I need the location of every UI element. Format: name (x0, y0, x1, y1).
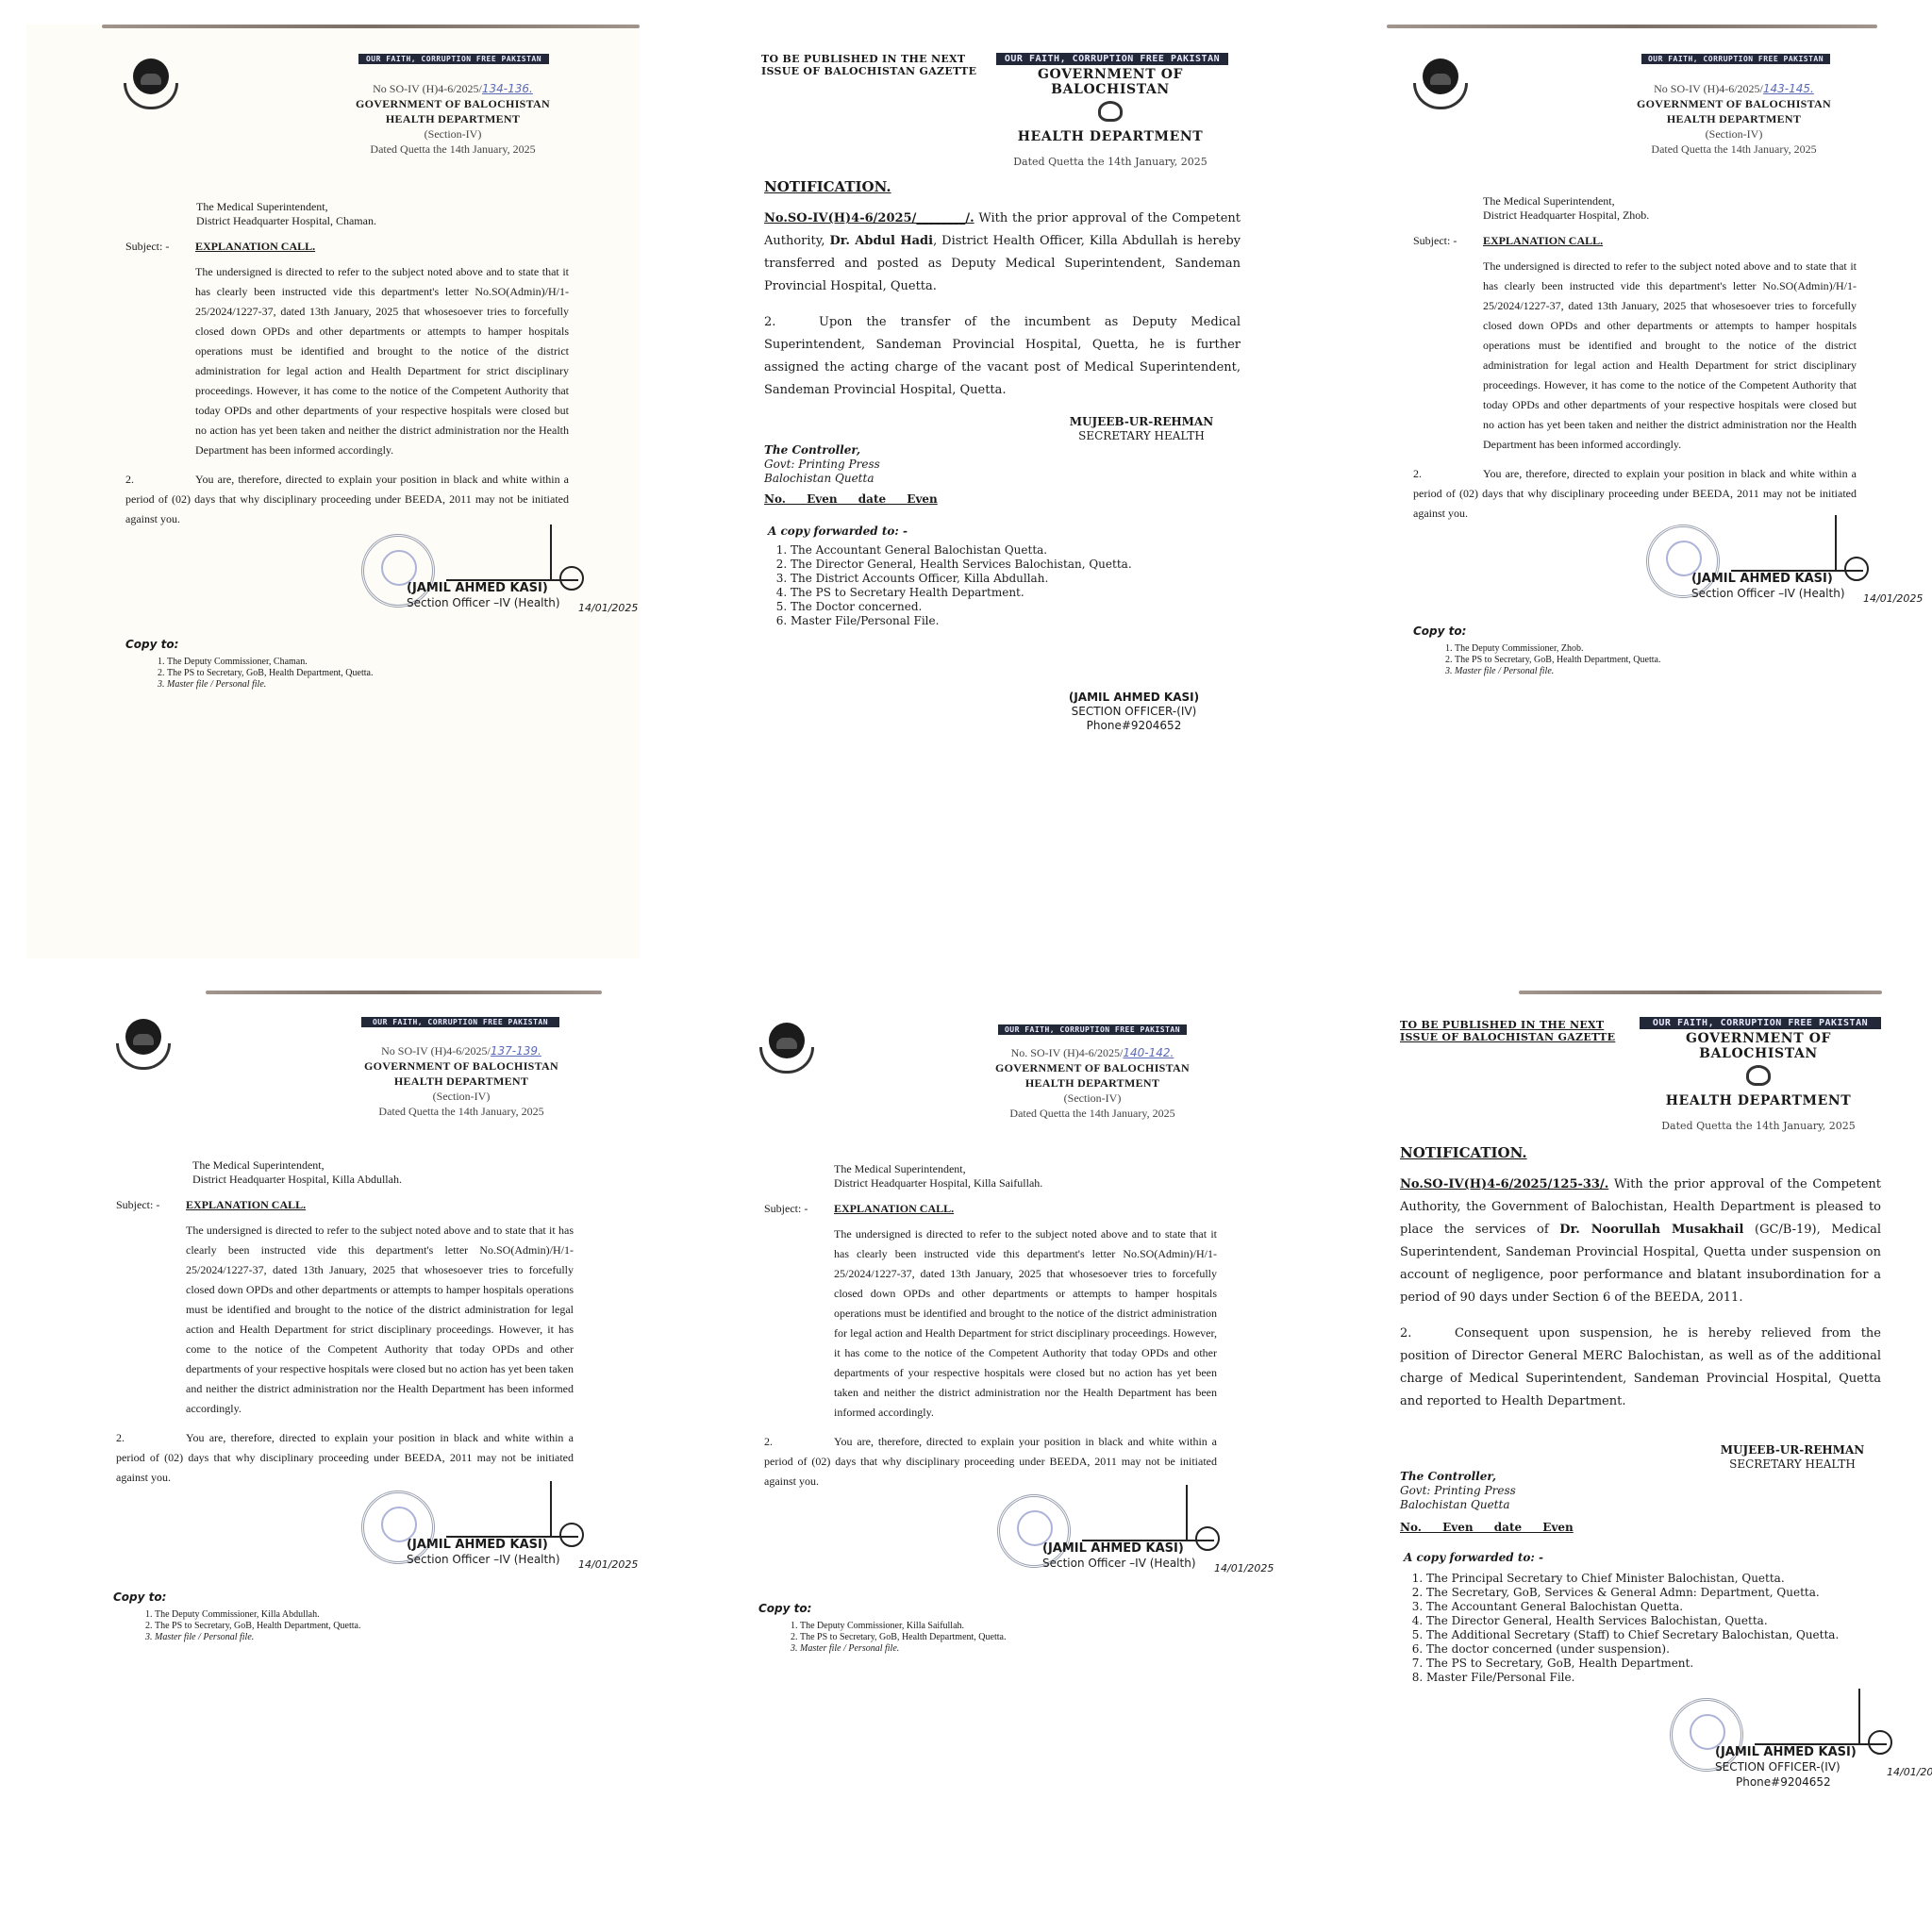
department-title: HEALTH DEPARTMENT (975, 1075, 1209, 1091)
controller-line-3: Balochistan Quetta (764, 472, 880, 486)
forwarded-item: The Principal Secretary to Chief Ministe… (1426, 1572, 1839, 1586)
slogan-banner: OUR FAITH, CORRUPTION FREE PAKISTAN (996, 53, 1228, 65)
secretary-signature: MUJEEB-UR-REHMAN SECRETARY HEALTH (1057, 415, 1226, 443)
forwarded-item: The District Accounts Officer, Killa Abd… (791, 572, 1132, 586)
page-edge (102, 25, 640, 28)
gazette-line-2: ISSUE OF BALOCHISTAN GAZETTE (761, 65, 976, 77)
letter-explanation-call-zhob: OUR FAITH, CORRUPTION FREE PAKISTAN No S… (1311, 25, 1915, 958)
forwarded-item: The Accountant General Balochistan Quett… (791, 543, 1132, 558)
addressee-title: The Medical Superintendent, (192, 1158, 402, 1173)
subject-label: Subject: - (1413, 234, 1483, 248)
letter-explanation-call-killa-abdullah: OUR FAITH, CORRUPTION FREE PAKISTAN No S… (26, 991, 640, 1915)
letter-body: The undersigned is directed to refer to … (1413, 257, 1857, 533)
copy-to-item: The PS to Secretary, GoB, Health Departm… (800, 1632, 1006, 1643)
slogan-banner: OUR FAITH, CORRUPTION FREE PAKISTAN (358, 54, 549, 64)
copy-to-item: The Deputy Commissioner, Killa Abdullah. (155, 1609, 360, 1621)
signatory-designation: Section Officer –IV (Health) (1691, 587, 1845, 600)
para-2-text: Consequent upon suspension, he is hereby… (1400, 1326, 1881, 1408)
forwarded-item: The PS to Secretary Health Department. (791, 586, 1132, 600)
section-label: (Section-IV) (1611, 126, 1857, 142)
page-edge (1519, 991, 1882, 994)
signatory-name: (JAMIL AHMED KASI) (407, 581, 548, 595)
forwarded-item: Master File/Personal File. (791, 614, 1132, 628)
letter-body: The undersigned is directed to refer to … (116, 1221, 574, 1497)
forwarded-item: The Additional Secretary (Staff) to Chie… (1426, 1628, 1839, 1642)
signature-mark (550, 525, 552, 581)
copy-to-item: The Deputy Commissioner, Zhob. (1455, 643, 1660, 655)
notification-number: No.SO-IV(H)4-6/2025/125-33/. (1400, 1177, 1608, 1191)
initials-icon (1844, 557, 1869, 581)
department-title: HEALTH DEPARTMENT (1630, 1093, 1887, 1108)
copy-to-item: Master file / Personal file. (167, 679, 373, 691)
signature-mark (1835, 515, 1837, 572)
letter-explanation-call-killa-saifullah: OUR FAITH, CORRUPTION FREE PAKISTAN No. … (672, 991, 1275, 1915)
controller-address: The Controller, Govt: Printing Press Bal… (1400, 1470, 1516, 1512)
signatory-designation: Section Officer –IV (Health) (407, 596, 560, 609)
controller-title: The Controller, (764, 443, 880, 458)
signatory-phone: Phone#9204652 (1040, 719, 1228, 733)
notification-title: NOTIFICATION. (1400, 1141, 1881, 1164)
para-2-text: Upon the transfer of the incumbent as De… (764, 315, 1241, 397)
body-paragraph-1: The undersigned is directed to refer to … (1413, 257, 1857, 455)
subject-value: EXPLANATION CALL. (195, 240, 315, 253)
signatory-name: (JAMIL AHMED KASI) (407, 1538, 548, 1552)
controller-line-2: Govt: Printing Press (1400, 1484, 1516, 1498)
department-title: HEALTH DEPARTMENT (1611, 111, 1857, 126)
subject-line: Subject: -EXPLANATION CALL. (116, 1198, 306, 1212)
letter-explanation-call-chaman: OUR FAITH, CORRUPTION FREE PAKISTAN No S… (26, 25, 640, 958)
even-date-line: No. Even date Even (764, 492, 938, 506)
notification-header: GOVERNMENT OF BALOCHISTAN HEALTH DEPARTM… (1630, 1031, 1887, 1132)
handwritten-reference: 143-145. (1763, 82, 1814, 95)
secretary-title: SECRETARY HEALTH (1707, 1457, 1877, 1472)
initials-icon (1195, 1526, 1220, 1551)
government-title: GOVERNMENT OF BALOCHISTAN (338, 1058, 585, 1074)
signature-block: (JAMIL AHMED KASI) Section Officer –IV (… (361, 1481, 635, 1585)
balochistan-emblem-icon (1098, 101, 1123, 122)
balochistan-emblem-icon (116, 1019, 171, 1072)
officer-name: Dr. Abdul Hadi (830, 234, 934, 248)
addressee-hospital: District Headquarter Hospital, Zhob. (1483, 208, 1649, 223)
letter-header: No. SO-IV (H)4-6/2025/140-142. GOVERNMEN… (975, 1045, 1209, 1121)
copy-to-list: The Deputy Commissioner, Chaman. The PS … (142, 657, 373, 691)
signature-mark (1858, 1689, 1860, 1745)
copy-to-label: Copy to: (125, 638, 178, 651)
addressee: The Medical Superintendent, District Hea… (192, 1158, 402, 1187)
subject-label: Subject: - (116, 1198, 186, 1212)
signatory-designation: Section Officer –IV (Health) (1042, 1557, 1196, 1570)
gazette-line-1: TO BE PUBLISHED IN THE NEXT (1400, 1019, 1615, 1031)
department-title: HEALTH DEPARTMENT (987, 129, 1234, 144)
letter-body: The undersigned is directed to refer to … (125, 262, 569, 539)
signatory-designation: SECTION OFFICER-(IV) (1040, 705, 1228, 719)
signature-mark (1186, 1485, 1188, 1541)
government-title: GOVERNMENT OF BALOCHISTAN (1630, 1031, 1887, 1061)
copy-to-item: Master file / Personal file. (1455, 666, 1660, 677)
signature-date: 14/01/2025 (578, 1558, 638, 1571)
notification-title: NOTIFICATION. (764, 175, 1241, 198)
copy-forwarded-label: A copy forwarded to: - (768, 525, 908, 538)
dated-line: Dated Quetta the 14th January, 2025 (338, 1104, 585, 1119)
signature-date: 14/01/2025 (1887, 1766, 1932, 1778)
notification-number: No.SO-IV(H)4-6/2025/________/. (764, 211, 974, 225)
paragraph-number: 2. (764, 1432, 834, 1452)
dated-line: Dated Quetta the 14th January, 2025 (975, 1106, 1209, 1121)
forwarded-item: The Accountant General Balochistan Quett… (1426, 1600, 1839, 1614)
signature-date: 14/01/2025 (1214, 1562, 1274, 1574)
notification-header: GOVERNMENT OF BALOCHISTAN HEALTH DEPARTM… (987, 67, 1234, 168)
addressee-title: The Medical Superintendent, (1483, 194, 1649, 208)
initials-icon (559, 1523, 584, 1547)
letter-header: No SO-IV (H)4-6/2025/137-139. GOVERNMENT… (338, 1043, 585, 1119)
initials-icon (559, 566, 584, 591)
department-title: HEALTH DEPARTMENT (338, 1074, 585, 1089)
notification-transfer-abdul-hadi: TO BE PUBLISHED IN THE NEXT ISSUE OF BAL… (672, 25, 1275, 958)
secretary-name: MUJEEB-UR-REHMAN (1057, 415, 1226, 429)
signatory-designation: Section Officer –IV (Health) (407, 1553, 560, 1566)
copy-to-label: Copy to: (758, 1602, 811, 1615)
body-paragraph-1: The undersigned is directed to refer to … (764, 1224, 1217, 1423)
signature-block: (JAMIL AHMED KASI) Section Officer –IV (… (997, 1485, 1271, 1589)
paragraph-number: 2. (1400, 1323, 1455, 1345)
paragraph-number: 2. (764, 311, 819, 334)
notification-suspension-noorullah-musakhail: TO BE PUBLISHED IN THE NEXT ISSUE OF BAL… (1311, 991, 1920, 1915)
body-paragraph-1: The undersigned is directed to refer to … (116, 1221, 574, 1419)
forwarded-item: Master File/Personal File. (1426, 1671, 1839, 1685)
controller-address: The Controller, Govt: Printing Press Bal… (764, 443, 880, 486)
reference-number: No SO-IV (H)4-6/2025/ (1654, 82, 1763, 95)
handwritten-reference: 140-142. (1123, 1046, 1174, 1059)
reference-number: No SO-IV (H)4-6/2025/ (381, 1044, 491, 1058)
copy-forwarded-list: The Principal Secretary to Chief Ministe… (1400, 1572, 1839, 1685)
addressee: The Medical Superintendent, District Hea… (1483, 194, 1649, 223)
addressee-hospital: District Headquarter Hospital, Chaman. (196, 214, 376, 228)
signature-date: 14/01/2025 (578, 602, 638, 614)
signature-block: (JAMIL AHMED KASI) Section Officer –IV (… (361, 525, 635, 628)
subject-line: Subject: -EXPLANATION CALL. (125, 240, 315, 254)
government-title: GOVERNMENT OF BALOCHISTAN (330, 96, 575, 111)
signature-block: (JAMIL AHMED KASI) SECTION OFFICER-(IV) … (1670, 1689, 1932, 1792)
copy-to-item: The PS to Secretary, GoB, Health Departm… (1455, 655, 1660, 666)
department-title: HEALTH DEPARTMENT (330, 111, 575, 126)
section-label: (Section-IV) (330, 126, 575, 142)
forwarded-item: The Director General, Health Services Ba… (791, 558, 1132, 572)
handwritten-reference: 134-136. (482, 82, 533, 95)
slogan-banner: OUR FAITH, CORRUPTION FREE PAKISTAN (1640, 1017, 1881, 1029)
signatory-name: (JAMIL AHMED KASI) (1691, 572, 1833, 586)
body-paragraph-1: The undersigned is directed to refer to … (125, 262, 569, 460)
dated-line: Dated Quetta the 14th January, 2025 (330, 142, 575, 157)
controller-title: The Controller, (1400, 1470, 1516, 1484)
letter-header: No SO-IV (H)4-6/2025/134-136. GOVERNMENT… (330, 81, 575, 157)
signature-block: (JAMIL AHMED KASI) Section Officer –IV (… (1646, 515, 1920, 619)
copy-forwarded-list: The Accountant General Balochistan Quett… (764, 543, 1132, 628)
page-edge (206, 991, 602, 994)
slogan-banner: OUR FAITH, CORRUPTION FREE PAKISTAN (1641, 54, 1830, 64)
copy-forwarded-label: A copy forwarded to: - (1404, 1551, 1543, 1564)
copy-to-item: The Deputy Commissioner, Killa Saifullah… (800, 1621, 1006, 1632)
forwarded-item: The doctor concerned (under suspension). (1426, 1642, 1839, 1657)
copy-to-list: The Deputy Commissioner, Killa Abdullah.… (130, 1609, 360, 1643)
secretary-name: MUJEEB-UR-REHMAN (1707, 1443, 1877, 1457)
signature-date: 14/01/2025 (1863, 592, 1923, 605)
signatory-name: (JAMIL AHMED KASI) (1040, 691, 1228, 705)
subject-label: Subject: - (764, 1202, 834, 1216)
addressee-title: The Medical Superintendent, (834, 1162, 1042, 1176)
paragraph-number: 2. (116, 1428, 186, 1448)
letter-header: No SO-IV (H)4-6/2025/143-145. GOVERNMENT… (1611, 81, 1857, 157)
signature-mark (550, 1481, 552, 1538)
signatory-name: (JAMIL AHMED KASI) (1042, 1541, 1184, 1556)
signatory-name: (JAMIL AHMED KASI) (1715, 1745, 1857, 1759)
notification-body: NOTIFICATION. No.SO-IV(H)4-6/2025/______… (764, 175, 1241, 415)
addressee-hospital: District Headquarter Hospital, Killa Abd… (192, 1173, 402, 1187)
gazette-notice: TO BE PUBLISHED IN THE NEXT ISSUE OF BAL… (761, 53, 976, 77)
dated-line: Dated Quetta the 14th January, 2025 (1630, 1120, 1887, 1132)
balochistan-emblem-icon (759, 1023, 814, 1075)
even-date-line: No. Even date Even (1400, 1521, 1574, 1534)
copy-to-list: The Deputy Commissioner, Killa Saifullah… (775, 1621, 1006, 1655)
page-edge (1387, 25, 1877, 28)
balochistan-emblem-icon (1746, 1065, 1771, 1086)
section-officer-signature: (JAMIL AHMED KASI) SECTION OFFICER-(IV) … (1040, 691, 1228, 733)
slogan-banner: OUR FAITH, CORRUPTION FREE PAKISTAN (998, 1024, 1187, 1035)
reference-number: No. SO-IV (H)4-6/2025/ (1011, 1046, 1124, 1059)
slogan-banner: OUR FAITH, CORRUPTION FREE PAKISTAN (361, 1017, 559, 1027)
secretary-signature: MUJEEB-UR-REHMAN SECRETARY HEALTH (1707, 1443, 1877, 1472)
government-title: GOVERNMENT OF BALOCHISTAN (975, 1060, 1209, 1075)
signatory-phone: Phone#9204652 (1736, 1775, 1831, 1789)
controller-line-2: Govt: Printing Press (764, 458, 880, 472)
gazette-line-1: TO BE PUBLISHED IN THE NEXT (761, 53, 976, 65)
copy-to-item: The PS to Secretary, GoB, Health Departm… (167, 668, 373, 679)
subject-label: Subject: - (125, 240, 195, 254)
subject-line: Subject: -EXPLANATION CALL. (764, 1202, 954, 1216)
dated-line: Dated Quetta the 14th January, 2025 (1611, 142, 1857, 157)
section-label: (Section-IV) (338, 1089, 585, 1104)
balochistan-emblem-icon (1413, 58, 1468, 111)
signatory-designation: SECTION OFFICER-(IV) (1715, 1760, 1840, 1774)
subject-value: EXPLANATION CALL. (1483, 234, 1603, 247)
initials-icon (1868, 1730, 1892, 1755)
gazette-notice: TO BE PUBLISHED IN THE NEXT ISSUE OF BAL… (1400, 1019, 1615, 1043)
copy-to-label: Copy to: (1413, 625, 1466, 638)
addressee: The Medical Superintendent, District Hea… (834, 1162, 1042, 1191)
letter-body: The undersigned is directed to refer to … (764, 1224, 1217, 1501)
paragraph-number: 2. (1413, 464, 1483, 484)
copy-to-item: The Deputy Commissioner, Chaman. (167, 657, 373, 668)
reference-number: No SO-IV (H)4-6/2025/ (373, 82, 482, 95)
officer-name: Dr. Noorullah Musakhail (1559, 1223, 1743, 1237)
handwritten-reference: 137-139. (491, 1044, 541, 1058)
addressee: The Medical Superintendent, District Hea… (196, 200, 376, 228)
copy-to-list: The Deputy Commissioner, Zhob. The PS to… (1430, 643, 1660, 677)
secretary-title: SECRETARY HEALTH (1057, 429, 1226, 443)
addressee-title: The Medical Superintendent, (196, 200, 376, 214)
forwarded-item: The Director General, Health Services Ba… (1426, 1614, 1839, 1628)
gazette-line-2: ISSUE OF BALOCHISTAN GAZETTE (1400, 1031, 1615, 1043)
forwarded-item: The Secretary, GoB, Services & General A… (1426, 1586, 1839, 1600)
subject-value: EXPLANATION CALL. (186, 1198, 306, 1211)
copy-to-item: Master file / Personal file. (155, 1632, 360, 1643)
dated-line: Dated Quetta the 14th January, 2025 (987, 156, 1234, 168)
subject-line: Subject: -EXPLANATION CALL. (1413, 234, 1603, 248)
balochistan-emblem-icon (124, 58, 178, 111)
copy-to-item: The PS to Secretary, GoB, Health Departm… (155, 1621, 360, 1632)
controller-line-3: Balochistan Quetta (1400, 1498, 1516, 1512)
notification-body: NOTIFICATION. No.SO-IV(H)4-6/2025/125-33… (1400, 1141, 1881, 1426)
subject-value: EXPLANATION CALL. (834, 1202, 954, 1215)
copy-to-item: Master file / Personal file. (800, 1643, 1006, 1655)
paragraph-number: 2. (125, 470, 195, 490)
forwarded-item: The Doctor concerned. (791, 600, 1132, 614)
government-title: GOVERNMENT OF BALOCHISTAN (1611, 96, 1857, 111)
government-title: GOVERNMENT OF BALOCHISTAN (987, 67, 1234, 97)
copy-to-label: Copy to: (113, 1591, 166, 1604)
section-label: (Section-IV) (975, 1091, 1209, 1106)
forwarded-item: The PS to Secretary, GoB, Health Departm… (1426, 1657, 1839, 1671)
addressee-hospital: District Headquarter Hospital, Killa Sai… (834, 1176, 1042, 1191)
